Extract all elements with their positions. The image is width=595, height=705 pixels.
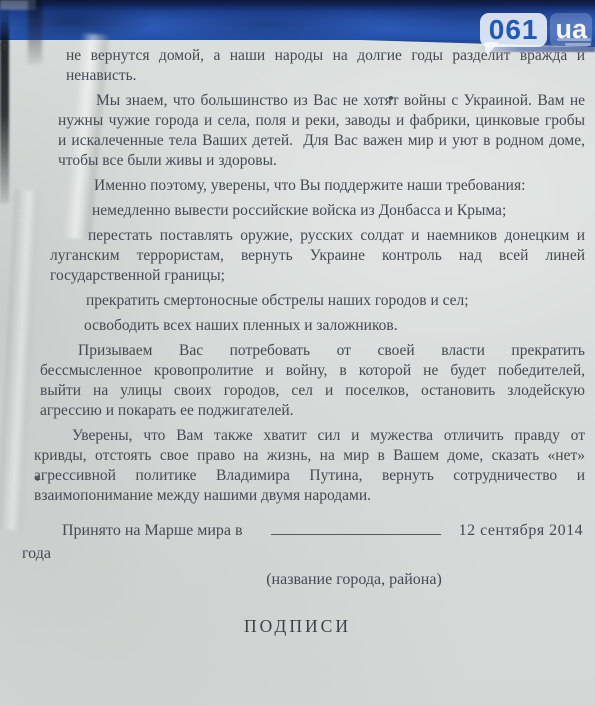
- text-line: и искалеченные тела Ваших детей. Для Вас…: [58, 131, 585, 151]
- text-line: государственной границы;: [50, 266, 585, 286]
- text-line: нужны чужие города и села, поля и реки, …: [58, 111, 585, 131]
- text-line: не вернутся домой, а наши народы на долг…: [66, 46, 585, 66]
- photo-of-leaflet: 061 ua ст не вернутся домой, а наши наро…: [0, 0, 595, 705]
- text-line: выйти на улицы своих городов, сел и посе…: [40, 381, 585, 401]
- text-line: луганским террористам, вернуть Украине к…: [50, 246, 585, 266]
- signatures-heading: ПОДПИСИ: [0, 616, 595, 636]
- text-line: Уверены, что Вам также хватит сил и муже…: [34, 426, 585, 446]
- blank-caption: (название города, района): [214, 570, 494, 590]
- adoption-prefix: Принято на Марше мира в: [22, 522, 243, 539]
- document-paragraph: Мы знаем, что большинство из Вас не хотя…: [58, 91, 585, 171]
- text-line: чтобы все были живы и здоровы.: [58, 151, 585, 171]
- text-line: кривды, отстоять свое право на жизнь, на…: [34, 446, 585, 466]
- paper-document: не вернутся домой, а наши народы на долг…: [0, 40, 595, 636]
- document-paragraph: не вернутся домой, а наши народы на долг…: [66, 46, 585, 86]
- document-paragraph: прекратить смертоносные обстрелы наших г…: [48, 291, 585, 311]
- text-line: освободить всех наших пленных и заложник…: [46, 316, 585, 336]
- text-line: немедленно вывести российские войска из …: [54, 201, 585, 221]
- adoption-year-word: года: [22, 544, 585, 564]
- adoption-date: 12 сентября 2014: [459, 522, 584, 539]
- text-line: агрессивной политике Владимира Путина, в…: [34, 466, 585, 486]
- text-line: прекратить смертоносные обстрелы наших г…: [48, 291, 585, 311]
- adoption-line: Принято на Марше мира в12 сентября 2014: [22, 520, 585, 541]
- text-line: Мы знаем, что большинство из Вас не хотя…: [58, 91, 585, 111]
- adoption-block: Принято на Марше мира в12 сентября 2014 …: [22, 520, 585, 590]
- document-paragraph: Призываем Вас потребовать от своей власт…: [40, 341, 585, 421]
- text-line: перестать поставлять оружие, русских сол…: [50, 226, 585, 246]
- document-paragraph: Уверены, что Вам также хватит сил и муже…: [34, 426, 585, 506]
- document-paragraph: немедленно вывести российские войска из …: [54, 201, 585, 221]
- city-blank-line: [271, 520, 441, 535]
- text-line: Призываем Вас потребовать от своей власт…: [40, 341, 585, 361]
- document-paragraph: Именно поэтому, уверены, что Вы поддержи…: [56, 176, 585, 196]
- document-paragraph: освободить всех наших пленных и заложник…: [46, 316, 585, 336]
- text-line: бессмысленное кровопролитие и войну, в к…: [40, 361, 585, 381]
- text-line: ненависть.: [66, 66, 585, 86]
- text-line: агрессию и покарать ее поджигателей.: [40, 401, 585, 421]
- text-line: Именно поэтому, уверены, что Вы поддержи…: [56, 176, 585, 196]
- document-paragraph: перестать поставлять оружие, русских сол…: [50, 226, 585, 286]
- text-line: взаимопонимание между нашими двумя народ…: [34, 486, 585, 506]
